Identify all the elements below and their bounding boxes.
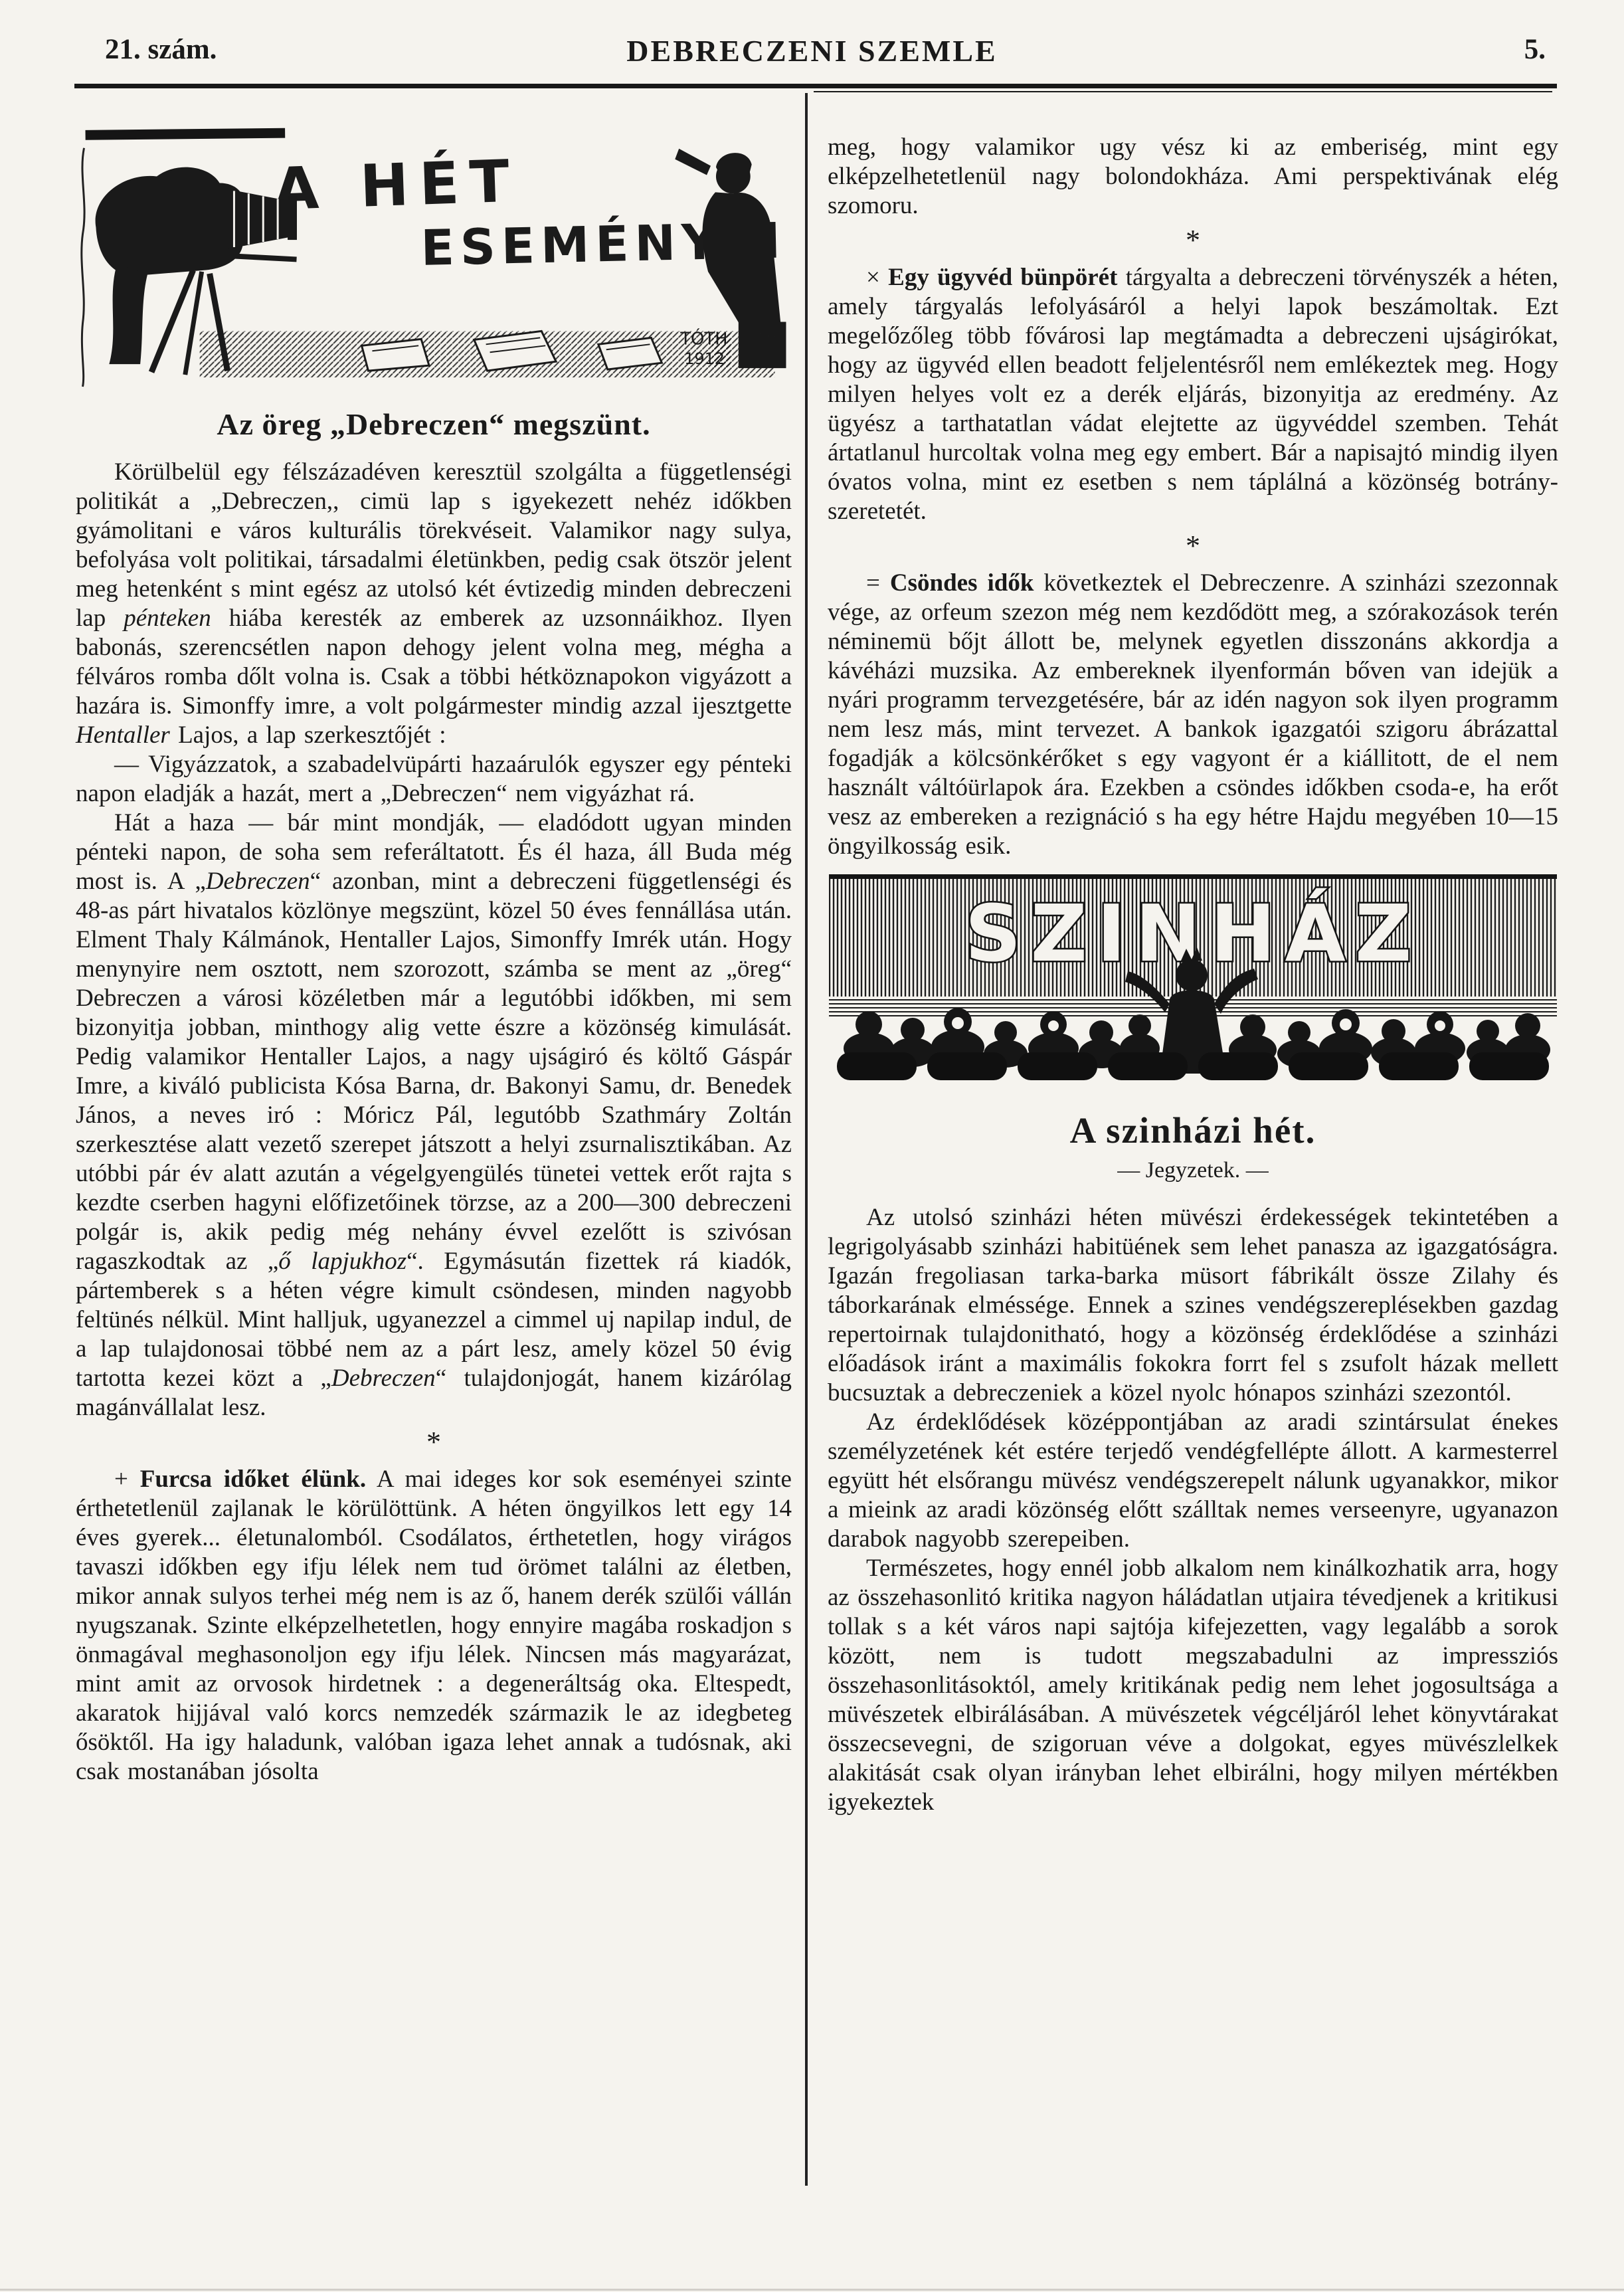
text-segment: A mai ideges kor sok eseményei szinte ér… [76, 1466, 792, 1785]
page-number: 5. [1524, 33, 1546, 66]
text-segment: Csöndes idők [890, 569, 1034, 597]
article-body-continued: meg, hogy valamikor ugy vész ki az ember… [828, 133, 1558, 861]
article-paragraph: meg, hogy valamikor ugy vész ki az ember… [828, 133, 1558, 221]
article-paragraph: Hát a haza — bár mint mondják, — eladódo… [76, 809, 792, 1422]
article-title: Az öreg „Debreczen“ megszünt. [76, 407, 792, 442]
theatre-drawing: SZINHÁZ [828, 874, 1558, 1080]
column-divider [805, 93, 808, 2186]
text-segment: — Vigyázzatok, a szabadelvüpárti hazaáru… [76, 751, 792, 807]
illustration-caption-line1: A HÉT [272, 147, 521, 223]
text-segment: ő lapjukhoz [278, 1248, 406, 1275]
theatre-article-body: Az utolsó szinházi héten müvészi érdekes… [828, 1203, 1558, 1817]
scan-edge-artifact [0, 2289, 1624, 2291]
week-events-illustration: A HÉT ESEMÉNYEI [76, 112, 792, 389]
newspaper-page: 21. szám. DEBRECZENI SZEMLE 5. A HÉT ESE… [0, 0, 1624, 2292]
header-rule-secondary [814, 91, 1552, 92]
theatre-illustration: SZINHÁZ [828, 874, 1558, 1080]
text-segment: Egy ügyvéd bünpörét [888, 264, 1117, 291]
section-separator: * [828, 526, 1558, 569]
issue-number: 21. szám. [105, 33, 217, 66]
text-segment: pénteken [124, 605, 211, 632]
right-column: meg, hogy valamikor ugy vész ki az ember… [828, 133, 1558, 1817]
text-segment: Lajos, a lap szerkesztőjét : [170, 721, 446, 749]
article-paragraph: Az utolsó szinházi héten müvészi érdekes… [828, 1203, 1558, 1408]
article-paragraph: Az érdeklődések középpontjában az aradi … [828, 1408, 1558, 1554]
torn-edge-line [82, 148, 84, 387]
theatre-article-subtitle: — Jegyzetek. — [828, 1158, 1558, 1183]
text-segment: következtek el Debreczenre. A szinházi s… [828, 569, 1558, 860]
text-segment: Természetes, hogy ennél jobb alkalom nem… [828, 1555, 1558, 1816]
masthead-title: DEBRECZENI SZEMLE [626, 33, 997, 68]
text-segment: Az érdeklődések középpontjában az aradi … [828, 1408, 1558, 1553]
left-column: A HÉT ESEMÉNYEI [76, 112, 792, 1786]
text-segment: + [114, 1466, 140, 1493]
week-events-drawing: A HÉT ESEMÉNYEI [76, 112, 792, 389]
article-paragraph: Természetes, hogy ennél jobb alkalom nem… [828, 1554, 1558, 1817]
text-segment: × [866, 264, 888, 291]
section-separator: * [828, 221, 1558, 263]
article-paragraph: = Csöndes idők következtek el Debreczenr… [828, 569, 1558, 861]
article-body: Körülbelül egy félszázadéven keresztül s… [76, 458, 792, 1786]
article-paragraph: + Furcsa időket élünk. A mai ideges kor … [76, 1465, 792, 1786]
illustrator-signature: TÓTH [679, 328, 727, 349]
article-paragraph: × Egy ügyvéd bünpörét tárgyalta a debrec… [828, 263, 1558, 526]
illustration-year: 1912 [684, 349, 725, 368]
text-segment: Az utolsó szinházi héten müvészi érdekes… [828, 1204, 1558, 1406]
text-segment: Debreczen [331, 1365, 436, 1392]
section-separator: * [76, 1422, 792, 1465]
text-segment: = [866, 569, 890, 597]
header-rule [74, 84, 1557, 88]
article-paragraph: — Vigyázzatok, a szabadelvüpárti hazaáru… [76, 750, 792, 809]
ink-bar [86, 128, 286, 140]
text-segment: Hentaller [76, 721, 170, 749]
text-segment: Debreczen [206, 868, 310, 895]
text-segment: tárgyalta a debreczeni törvényszék a hét… [828, 264, 1558, 525]
text-segment: meg, hogy valamikor ugy vész ki az ember… [828, 134, 1558, 219]
theatre-article-title: A szinházi hét. [828, 1109, 1558, 1151]
text-segment: Furcsa időket élünk. [140, 1466, 366, 1493]
text-segment: “ azonban, mint a debreczeni függetlensé… [76, 868, 792, 1275]
article-paragraph: Körülbelül egy félszázadéven keresztül s… [76, 458, 792, 750]
